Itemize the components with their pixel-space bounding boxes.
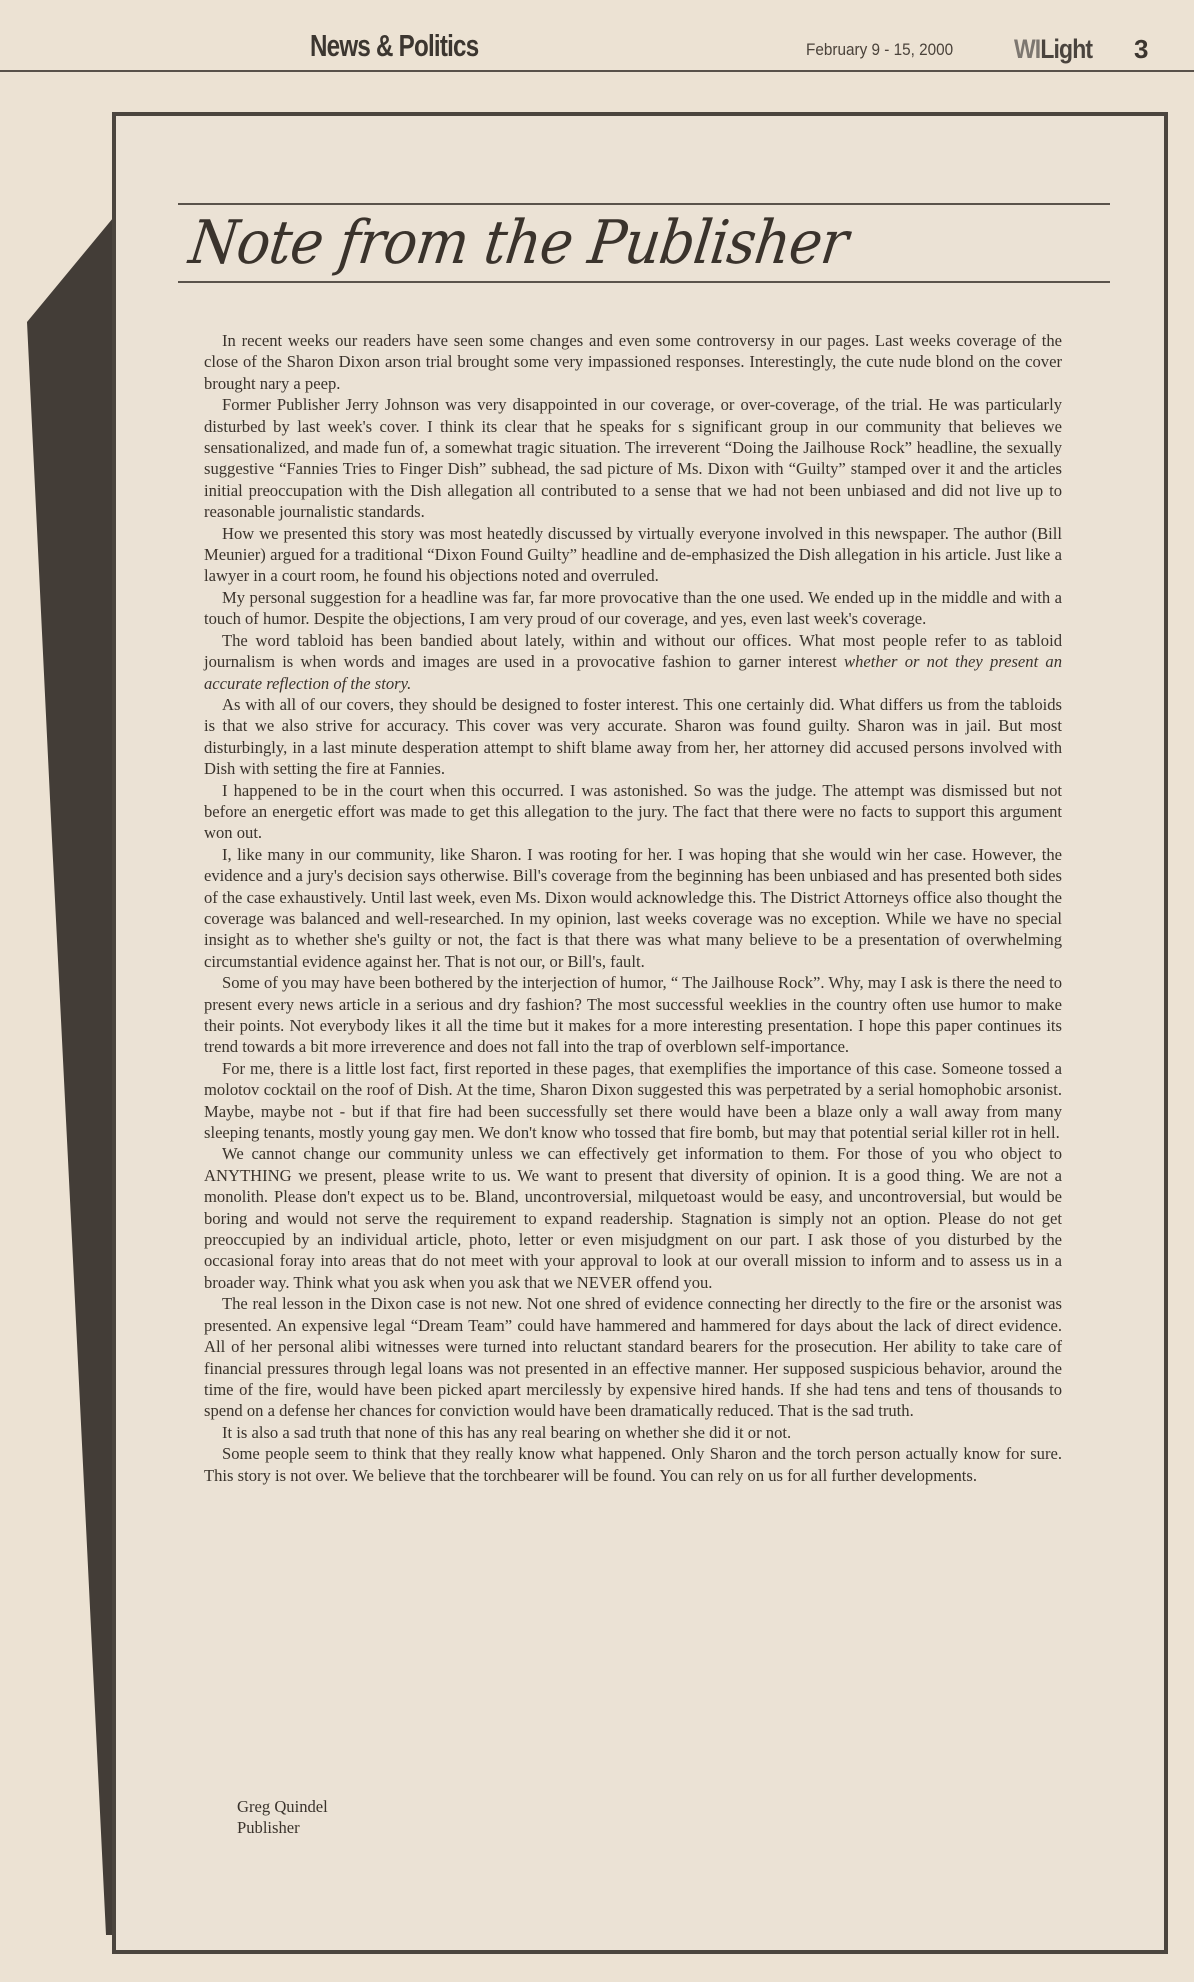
signature-title: Publisher	[237, 1817, 328, 1838]
logo-prefix: WI	[1014, 34, 1040, 64]
paragraph: In recent weeks our readers have seen so…	[204, 330, 1062, 394]
signature-block: Greg Quindel Publisher	[237, 1796, 328, 1839]
article-title: Note from the Publisher	[185, 208, 851, 278]
paragraph: We cannot change our community unless we…	[204, 1143, 1062, 1293]
section-title: News & Politics	[310, 28, 478, 64]
paragraph: Some people seem to think that they real…	[204, 1443, 1062, 1486]
paragraph: As with all of our covers, they should b…	[204, 694, 1062, 780]
title-rule-bottom	[178, 281, 1110, 283]
paragraph: Former Publisher Jerry Johnson was very …	[204, 394, 1062, 522]
issue-date: February 9 - 15, 2000	[806, 40, 953, 60]
paragraph: Some of you may have been bothered by th…	[204, 972, 1062, 1058]
paragraph: I happened to be in the court when this …	[204, 780, 1062, 844]
signature-name: Greg Quindel	[237, 1796, 328, 1817]
paragraph: The real lesson in the Dixon case is not…	[204, 1293, 1062, 1421]
paragraph-tabloid: The word tabloid has been bandied about …	[204, 630, 1062, 694]
masthead: News & Politics February 9 - 15, 2000 WI…	[0, 0, 1194, 72]
paragraph: I, like many in our community, like Shar…	[204, 844, 1062, 972]
article-body: In recent weeks our readers have seen so…	[204, 330, 1062, 1486]
paragraph: My personal suggestion for a headline wa…	[204, 587, 1062, 630]
publication-logo: WILight	[1014, 34, 1092, 65]
masthead-divider	[0, 70, 1194, 72]
paragraph: How we presented this story was most hea…	[204, 523, 1062, 587]
paragraph: For me, there is a little lost fact, fir…	[204, 1058, 1062, 1144]
paragraph: It is also a sad truth that none of this…	[204, 1422, 1062, 1443]
title-rule-top	[178, 203, 1110, 205]
page-number: 3	[1134, 34, 1148, 65]
logo-suffix: Light	[1040, 34, 1092, 64]
